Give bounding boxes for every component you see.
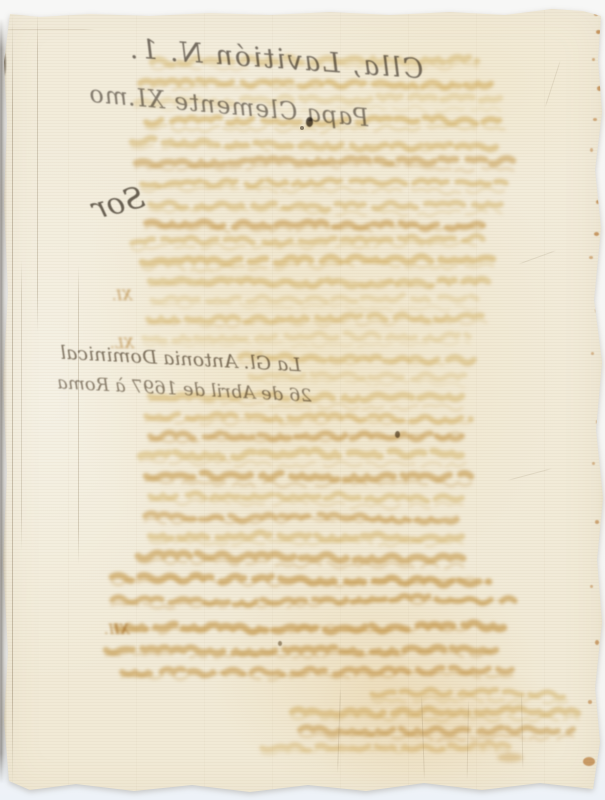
- ink-speck: [152, 12, 155, 15]
- bleedthrough-line: [138, 553, 463, 561]
- showthrough-marginal-numeral: XII.: [104, 622, 129, 638]
- showthrough-marginal-numeral: XI.: [112, 288, 132, 304]
- bleedthrough-line: [142, 180, 506, 187]
- manuscript-page: XI.XL.XII. Clla, Lavitión N. 1. Papa Cle…: [0, 0, 605, 800]
- foxing-spot: [591, 352, 594, 355]
- foxing-spot: [590, 148, 593, 152]
- bleedthrough-line: [300, 727, 573, 734]
- bleedthrough-line: [142, 186, 506, 195]
- scanner-background: XI.XL.XII. Clla, Lavitión N. 1. Papa Cle…: [0, 0, 605, 800]
- foxing-spot: [592, 462, 595, 465]
- foxing-spot: [595, 640, 599, 645]
- ink-speck: [306, 117, 313, 127]
- foxing-spot: [596, 420, 600, 424]
- ink-speck: [395, 431, 400, 438]
- bleedthrough-line: [144, 341, 469, 347]
- foxing-spot: [594, 232, 599, 236]
- foxing-spot: [590, 585, 593, 588]
- ink-speck: [278, 641, 282, 646]
- foxing-spot: [589, 256, 593, 259]
- foxing-spot: [588, 700, 592, 704]
- bleedthrough-line: [372, 695, 567, 703]
- bleedthrough-line: [140, 459, 465, 467]
- foxing-spot: [596, 30, 601, 34]
- foxing-spot: [592, 58, 595, 61]
- foxing-spot: [595, 308, 600, 313]
- bleedthrough-line: [144, 333, 469, 341]
- foxing-spot: [594, 12, 598, 16]
- foxing-spot: [583, 757, 595, 766]
- bleedthrough-line: [132, 236, 483, 245]
- foxing-spot: [596, 200, 600, 204]
- bleedthrough-line: [152, 295, 477, 303]
- ink-speck: [300, 126, 304, 130]
- bleedthrough-line: [150, 499, 462, 509]
- foxing-spot: [593, 118, 597, 121]
- bleedthrough-line: [140, 450, 465, 458]
- foxing-spot: [497, 753, 523, 762]
- left-gutter-shadow: [0, 18, 7, 784]
- bleedthrough-line: [146, 473, 471, 480]
- foxing-spot: [597, 86, 602, 91]
- foxing-spot: [595, 520, 599, 524]
- bleedthrough-line: [292, 708, 578, 716]
- bleedthrough-line: [142, 256, 493, 263]
- bleedthrough-line: [152, 302, 477, 311]
- paper-shadow-wrap: XI.XL.XII. Clla, Lavitión N. 1. Papa Cle…: [0, 0, 605, 800]
